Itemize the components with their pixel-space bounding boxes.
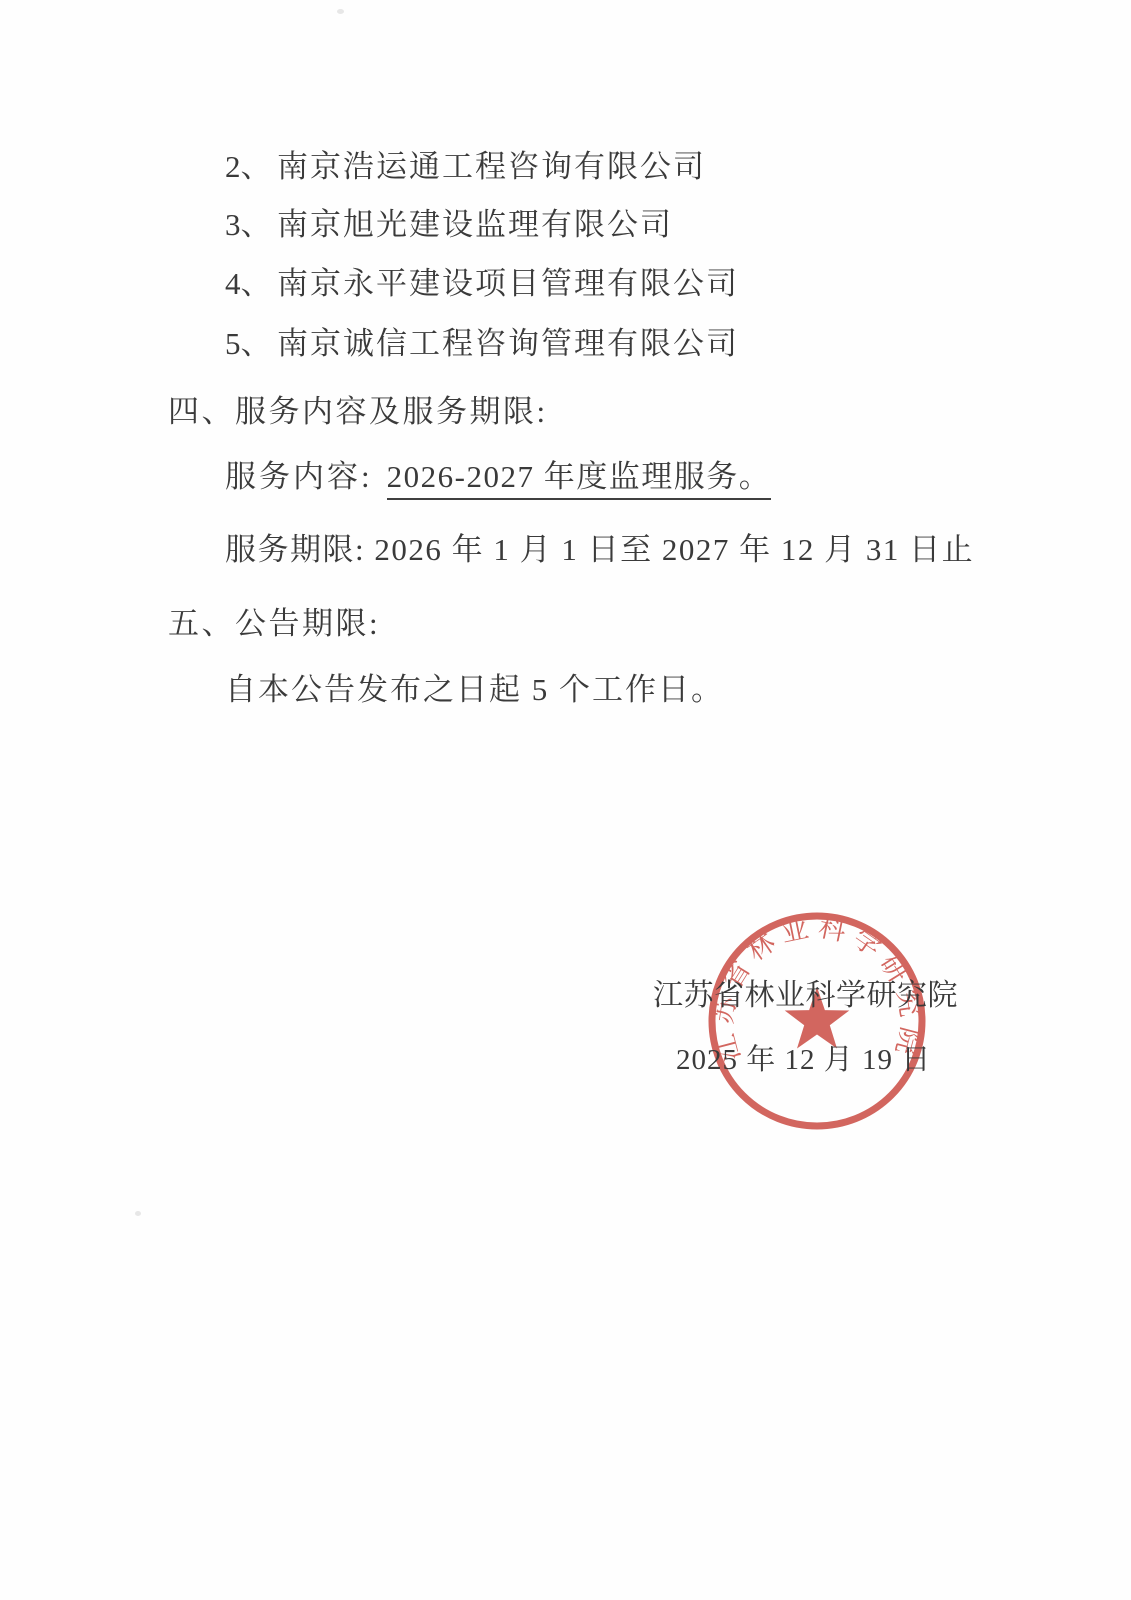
signature-organization: 江苏省林业科学研究院 [653, 976, 958, 1016]
bidder-company-name: 南京旭光建设监理有限公司 [277, 207, 673, 242]
bidder-list-item-2: 2、南京浩运通工程咨询有限公司 [225, 147, 706, 187]
scanned-notice-page: 2、南京浩运通工程咨询有限公司 3、南京旭光建设监理有限公司 4、南京永平建设项… [0, 0, 1131, 1600]
scan-artifact-speck [337, 9, 344, 14]
bidder-number: 3、 [225, 205, 277, 245]
section-five-heading: 五、公告期限: [168, 604, 380, 644]
official-seal: 江苏省林业科学研究院 [702, 906, 932, 1136]
service-content-label: 服务内容: [225, 459, 373, 494]
signature-date: 2025 年 12 月 19 日 [676, 1040, 931, 1080]
service-content-value: 2026-2027 年度监理服务。 [387, 459, 772, 500]
service-period-line: 服务期限: 2026 年 1 月 1 日至 2027 年 12 月 31 日止 [225, 530, 974, 570]
bidder-number: 2、 [225, 147, 277, 187]
bidder-list-item-5: 5、南京诚信工程咨询管理有限公司 [225, 324, 739, 364]
bidder-list-item-3: 3、南京旭光建设监理有限公司 [225, 205, 673, 245]
bidder-number: 4、 [225, 264, 277, 304]
notice-period-body: 自本公告发布之日起 5 个工作日。 [225, 670, 724, 710]
bidder-number: 5、 [225, 324, 277, 364]
scan-artifact-speck [135, 1211, 141, 1216]
bidder-company-name: 南京永平建设项目管理有限公司 [277, 266, 739, 301]
service-content-line: 服务内容:2026-2027 年度监理服务。 [225, 457, 771, 497]
bidder-list-item-4: 4、南京永平建设项目管理有限公司 [225, 264, 739, 304]
section-four-heading: 四、服务内容及服务期限: [168, 392, 548, 432]
bidder-company-name: 南京诚信工程咨询管理有限公司 [277, 326, 739, 361]
bidder-company-name: 南京浩运通工程咨询有限公司 [277, 149, 706, 184]
